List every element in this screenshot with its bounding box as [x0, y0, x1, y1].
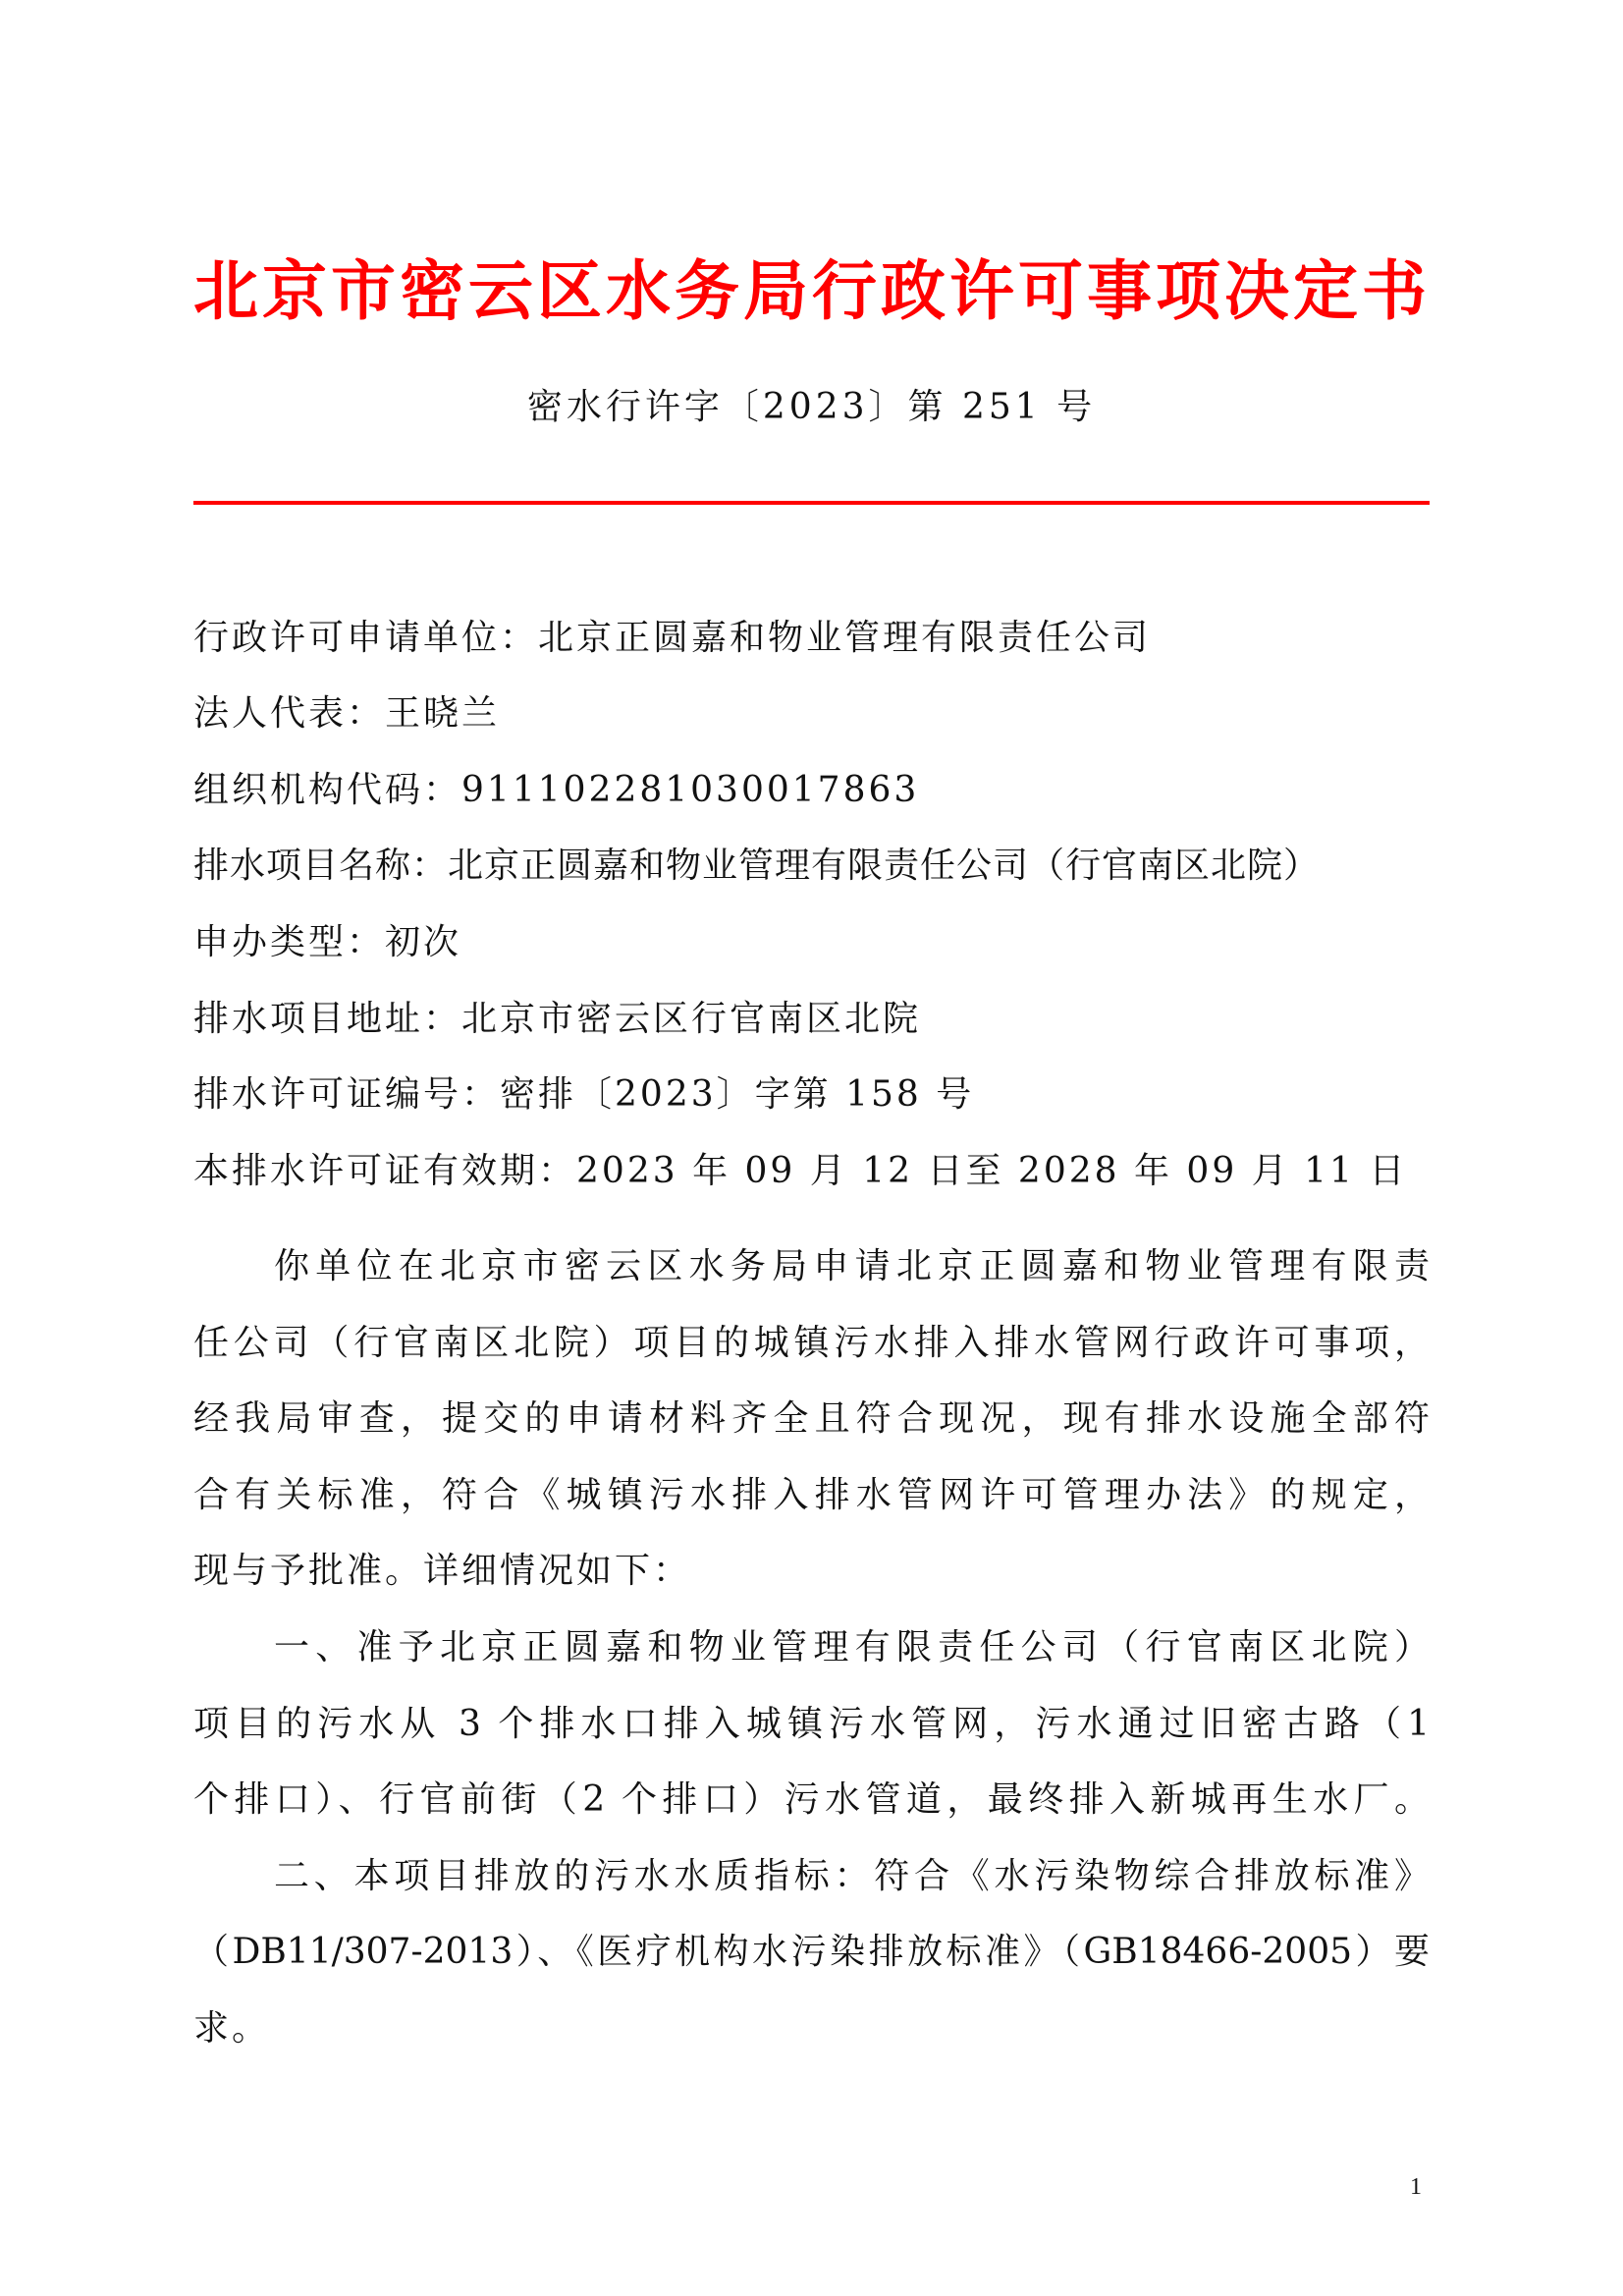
field-applicant: 行政许可申请单位：北京正圆嘉和物业管理有限责任公司 — [193, 611, 1430, 666]
field-label: 排水项目地址： — [193, 999, 461, 1039]
field-value: 北京正圆嘉和物业管理有限责任公司（行官南区北院） — [448, 846, 1320, 886]
field-permit-number: 排水许可证编号：密排〔2023〕字第 158 号 — [193, 1067, 1430, 1122]
body-line: 个排口）、行官前街（2 个排口）污水管道，最终排入新城再生水厂。 — [193, 1773, 1430, 1828]
document-title: 北京市密云区水务局行政许可事项决定书 — [193, 247, 1430, 336]
body-line: 经我局审查，提交的申请材料齐全且符合现况，现有排水设施全部符 — [193, 1392, 1430, 1447]
field-label: 申办类型： — [193, 922, 385, 962]
page-number: 1 — [1410, 2172, 1422, 2202]
field-label: 法人代表： — [193, 693, 385, 734]
field-label: 排水项目名称： — [193, 846, 448, 886]
body-line: 合有关标准，符合《城镇污水排入排水管网许可管理办法》的规定， — [193, 1468, 1430, 1523]
body-line: 二、本项目排放的污水水质指标：符合《水污染物综合排放标准》 — [274, 1849, 1430, 1904]
field-org-code: 组织机构代码：911102281030017863 — [193, 763, 1430, 818]
document-page: 北京市密云区水务局行政许可事项决定书 密水行许字〔2023〕第 251 号 行政… — [0, 0, 1623, 2296]
field-value: 911102281030017863 — [461, 770, 919, 810]
field-label: 行政许可申请单位： — [193, 618, 538, 658]
field-label: 本排水许可证有效期： — [193, 1151, 576, 1191]
field-value: 初次 — [385, 922, 461, 962]
body-line: 项目的污水从 3 个排水口排入城镇污水管网，污水通过旧密古路（1 — [193, 1697, 1430, 1752]
field-value: 2023 年 09 月 12 日至 2028 年 09 月 11 日 — [576, 1151, 1407, 1191]
document-number: 密水行许字〔2023〕第 251 号 — [193, 383, 1430, 432]
red-divider — [193, 501, 1430, 505]
field-value: 密排〔2023〕字第 158 号 — [500, 1074, 974, 1115]
field-value: 北京正圆嘉和物业管理有限责任公司 — [538, 618, 1151, 658]
body-line: 任公司（行官南区北院）项目的城镇污水排入排水管网行政许可事项， — [193, 1316, 1430, 1371]
body-line: 你单位在北京市密云区水务局申请北京正圆嘉和物业管理有限责 — [274, 1239, 1430, 1294]
field-value: 北京市密云区行官南区北院 — [461, 999, 921, 1039]
body-line: 求。 — [193, 2001, 1430, 2056]
body-line: （DB11/307-2013）、《医疗机构水污染排放标准》（GB18466-20… — [193, 1925, 1430, 1980]
field-label: 排水许可证编号： — [193, 1074, 500, 1115]
field-project-name: 排水项目名称：北京正圆嘉和物业管理有限责任公司（行官南区北院） — [193, 839, 1430, 894]
body-line: 一、准予北京正圆嘉和物业管理有限责任公司（行官南区北院） — [274, 1620, 1430, 1675]
field-label: 组织机构代码： — [193, 770, 461, 810]
field-legal-representative: 法人代表：王晓兰 — [193, 686, 1430, 741]
field-project-address: 排水项目地址：北京市密云区行官南区北院 — [193, 992, 1430, 1047]
field-validity-period: 本排水许可证有效期：2023 年 09 月 12 日至 2028 年 09 月 … — [193, 1144, 1430, 1199]
body-line: 现与予批准。详细情况如下： — [193, 1544, 1430, 1599]
field-application-type: 申办类型：初次 — [193, 915, 1430, 970]
field-value: 王晓兰 — [385, 693, 500, 734]
